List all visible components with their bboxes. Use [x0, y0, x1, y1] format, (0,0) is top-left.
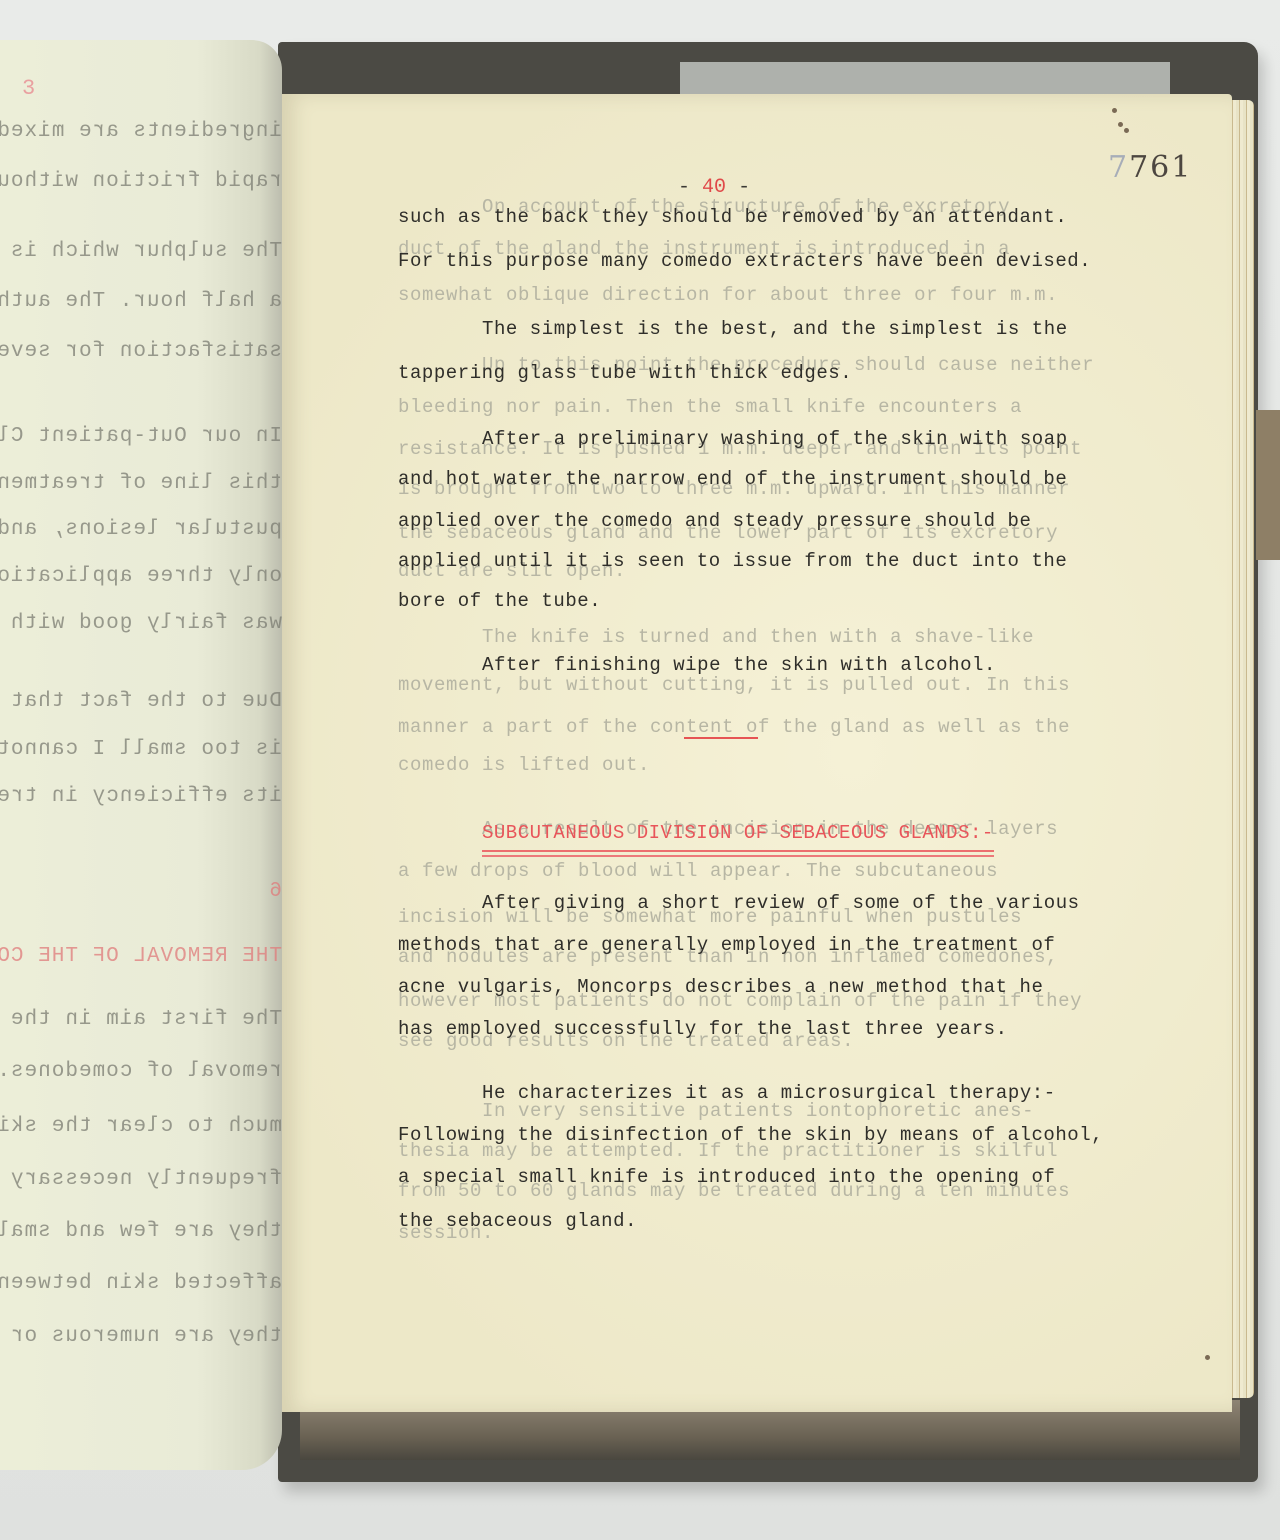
- mirrored-line: satisfaction for several ye: [0, 340, 282, 363]
- mirrored-line: its efficiency in trea: [0, 785, 282, 808]
- text-line: tappering glass tube with thick edges.: [398, 362, 852, 384]
- mirrored-line: they are numerous or: [0, 1325, 282, 1348]
- text-line: and hot water the narrow end of the inst…: [398, 468, 1067, 490]
- mirrored-line: frequently necessary to remo: [0, 1168, 282, 1191]
- mirrored-line: this line of treatment on th: [0, 472, 282, 495]
- page-number-dash: -: [738, 176, 750, 199]
- left-page: 3 ingredients are mixed t rapid friction…: [0, 40, 282, 1470]
- section-heading: SUBCUTANEOUS DIVISION OF SEBACEOUS GLAND…: [482, 822, 994, 852]
- left-page-number: 3: [22, 76, 35, 101]
- text-line: After a preliminary washing of the skin …: [482, 428, 1068, 450]
- text-line: bore of the tube.: [398, 590, 601, 612]
- archive-number: 7761: [1108, 150, 1192, 185]
- punch-hole: [1205, 1355, 1210, 1360]
- text-line: a special small knife is introduced into…: [398, 1166, 1055, 1188]
- text-line: methods that are generally employed in t…: [398, 934, 1055, 956]
- text-line: He characterizes it as a microsurgical t…: [482, 1082, 1056, 1104]
- punch-hole: [1118, 122, 1123, 127]
- bleed-line: comedo is lifted out.: [398, 754, 650, 776]
- text-line: applied over the comedo and steady press…: [398, 510, 1031, 532]
- page-number-value: 40: [702, 176, 726, 199]
- bleed-line: somewhat oblique direction for about thr…: [398, 284, 1058, 306]
- mirrored-line: rapid friction without p: [0, 170, 282, 193]
- mirrored-line: much to clear the skin: [0, 1115, 282, 1138]
- mirrored-line: Due to the fact that: [0, 690, 282, 713]
- text-line: For this purpose many comedo extracters …: [398, 250, 1091, 272]
- text-line: has employed successfully for the last t…: [398, 1018, 1008, 1040]
- punch-hole: [1112, 108, 1117, 113]
- mirrored-line: ingredients are mixed t: [0, 120, 282, 143]
- bleed-line: manner a part of the content of the glan…: [398, 716, 1070, 738]
- punch-hole: [1124, 128, 1129, 133]
- mirrored-red-number: 6: [0, 880, 282, 903]
- mirrored-line: is too small I cannot: [0, 738, 282, 761]
- page-number-dash: -: [678, 176, 690, 199]
- archive-number-faded: 7: [1108, 150, 1129, 185]
- text-line: After giving a short review of some of t…: [482, 892, 1080, 914]
- mirrored-line: was fairly good with consid: [0, 612, 282, 635]
- mirrored-line: only three applications and: [0, 565, 282, 588]
- bleed-line: a few drops of blood will appear. The su…: [398, 860, 998, 882]
- mirrored-line: removal of comedones.: [0, 1060, 282, 1083]
- mirrored-line: In our Out-patient Cl: [0, 425, 282, 448]
- archive-number-value: 761: [1129, 150, 1192, 185]
- text-line: The simplest is the best, and the simple…: [482, 318, 1068, 340]
- mirrored-line: The sulphur which is: [0, 240, 282, 263]
- mirrored-line: they are few and small they: [0, 1220, 282, 1243]
- mirrored-line: a half hour. The author: [0, 290, 282, 313]
- text-line: Following the disinfection of the skin b…: [398, 1124, 1103, 1146]
- paper-tab: [1256, 410, 1280, 560]
- text-line: such as the back they should be removed …: [398, 206, 1067, 228]
- bleed-line: bleeding nor pain. Then the small knife …: [398, 396, 1022, 418]
- mirrored-red-heading: THE REMOVAL OF THE CO: [0, 945, 282, 968]
- text-line: acne vulgaris, Moncorps describes a new …: [398, 976, 1043, 998]
- red-underline-mark: [684, 737, 758, 739]
- mirrored-line: pustular lesions, and co: [0, 518, 282, 541]
- bleed-line: The knife is turned and then with a shav…: [482, 626, 1034, 648]
- mirrored-line: affected skin between tw: [0, 1272, 282, 1295]
- mirrored-line: The first aim in the: [0, 1008, 282, 1031]
- text-line: After finishing wipe the skin with alcoh…: [482, 654, 996, 676]
- page-number: - 40 -: [678, 176, 750, 199]
- bleed-line: movement, but without cutting, it is pul…: [398, 674, 1070, 696]
- text-line: the sebaceous gland.: [398, 1210, 637, 1232]
- text-line: applied until it is seen to issue from t…: [398, 550, 1067, 572]
